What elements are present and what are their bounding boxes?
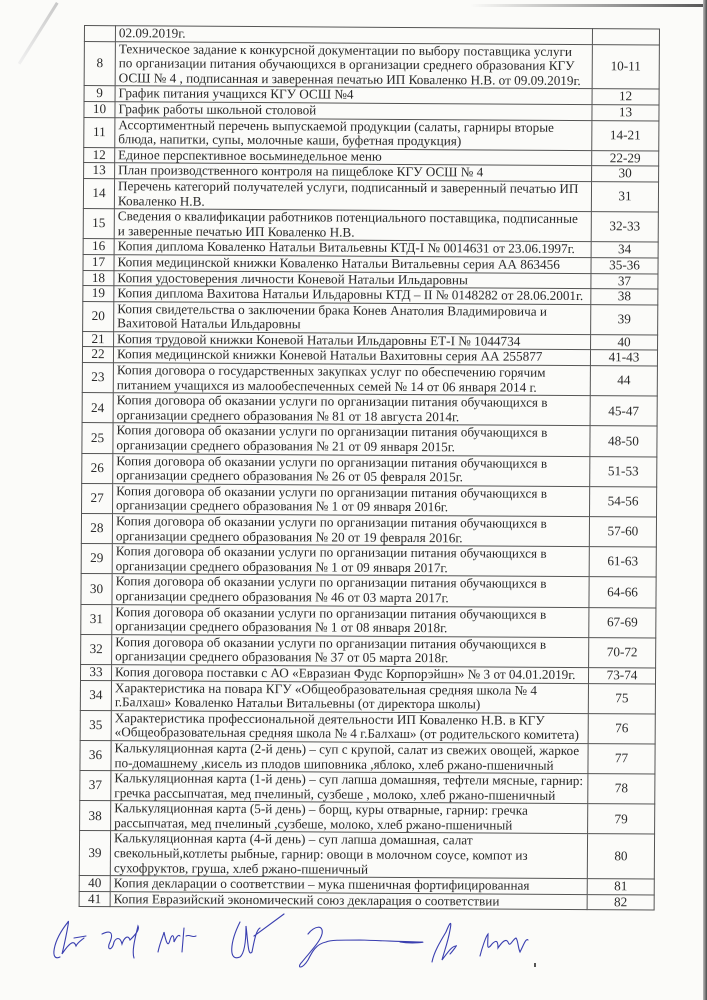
row-number: 27	[82, 483, 113, 513]
table-row: 15Сведения о квалификации работников пот…	[83, 209, 658, 243]
row-pages: 73-74	[588, 668, 655, 684]
row-number: 24	[82, 393, 113, 423]
row-pages: 22-29	[592, 150, 659, 166]
row-title: Сведения о квалификации работников потен…	[114, 209, 591, 242]
row-pages: 70-72	[589, 637, 656, 668]
row-title: Копия договора об оказании услуги по орг…	[113, 483, 590, 516]
row-pages: 76	[588, 713, 655, 744]
table-row: 11Ассортиментный перечень выпускаемой пр…	[84, 117, 659, 151]
row-title: Копия свидетельства о заключении брака К…	[114, 301, 591, 334]
row-title: Ассортиментный перечень выпускаемой прод…	[115, 117, 592, 150]
row-number: 30	[81, 574, 112, 604]
row-pages: 80	[587, 834, 654, 879]
signature-3	[158, 928, 196, 952]
table-row: 30Копия договора об оказании услуги по о…	[81, 574, 656, 608]
row-title: Перечень категорий получателей услуги, п…	[114, 179, 591, 212]
row-title: Техническое задание к конкурсной докумен…	[115, 41, 592, 89]
row-number: 11	[84, 117, 115, 147]
row-pages: 37	[591, 273, 658, 289]
signature-6	[432, 923, 456, 962]
row-number: 40	[79, 876, 110, 892]
row-pages: 79	[588, 804, 655, 835]
row-title: Копия договора об оказании услуги по орг…	[112, 604, 589, 637]
row-title: Копия договора об оказании услуги по орг…	[112, 574, 589, 607]
row-title: Калькуляционная карта (4-й день) – суп л…	[110, 831, 587, 879]
row-number: 28	[81, 513, 112, 543]
scan-shadow	[470, 4, 707, 7]
row-pages: 12	[592, 89, 659, 105]
signature-2	[102, 926, 138, 958]
table-row: 39Калькуляционная карта (4-й день) – суп…	[79, 831, 654, 879]
row-number: 15	[83, 209, 114, 239]
row-number: 12	[84, 147, 115, 163]
row-number: 31	[81, 604, 112, 634]
row-title: Характеристика на повара КГУ «Общеобразо…	[111, 680, 588, 713]
row-number: 39	[79, 831, 110, 876]
row-number: 41	[79, 891, 110, 907]
table-row: 25Копия договора об оказании услуги по о…	[82, 423, 657, 457]
contents-table-body: 02.09.2019г.8Техническое задание к конку…	[79, 26, 659, 911]
row-title: Характеристика профессиональной деятельн…	[111, 710, 588, 743]
row-number: 35	[80, 710, 111, 740]
contents-table: 02.09.2019г.8Техническое задание к конку…	[79, 25, 660, 911]
table-row: 38Калькуляционная карта (5-й день) – бор…	[80, 801, 655, 835]
row-number: 36	[80, 740, 111, 770]
row-title: Копия договора об оказании услуги по орг…	[113, 423, 590, 456]
row-pages: 51-53	[590, 456, 657, 487]
table-row: 8Техническое задание к конкурсной докуме…	[84, 41, 659, 89]
signature-7	[480, 934, 528, 956]
row-pages: 41-43	[590, 350, 657, 366]
row-pages: 39	[591, 304, 658, 335]
table-row: 36Калькуляционная карта (2-й день) – суп…	[80, 740, 655, 774]
row-pages: 13	[592, 105, 659, 121]
row-title: Копия договора об оказании услуги по орг…	[112, 634, 589, 667]
row-pages: 45-47	[590, 396, 657, 427]
table-row: 20Копия свидетельства о заключении брака…	[83, 301, 658, 335]
row-number: 20	[83, 301, 114, 331]
row-pages: 40	[591, 334, 658, 350]
table-row: 34Характеристика на повара КГУ «Общеобра…	[80, 680, 655, 714]
row-pages: 32-33	[591, 212, 658, 243]
signatures-block	[40, 912, 540, 972]
row-number: 38	[80, 801, 111, 831]
row-title: Копия договора об оказании услуги по орг…	[112, 514, 589, 547]
table-row: 41Копия Евразийский экономический союз д…	[79, 891, 654, 910]
row-number: 37	[80, 771, 111, 801]
scan-speck	[534, 963, 536, 967]
row-title: Калькуляционная карта (5-й день) – борщ,…	[111, 801, 588, 834]
row-title: Калькуляционная карта (1-й день) – суп л…	[111, 771, 588, 804]
row-pages: 48-50	[590, 426, 657, 457]
table-row: 32Копия договора об оказании услуги по о…	[81, 634, 656, 668]
row-pages: 14-21	[592, 120, 659, 151]
table-row: 24Копия договора об оказании услуги по о…	[82, 393, 657, 427]
row-pages: 38	[591, 289, 658, 305]
table-row: 23Копия договора о государственных закуп…	[82, 363, 657, 397]
row-pages: 57-60	[589, 517, 656, 548]
row-number: 21	[83, 331, 114, 347]
row-pages: 78	[588, 774, 655, 805]
row-pages: 54-56	[590, 486, 657, 517]
row-pages: 77	[588, 743, 655, 774]
row-number: 29	[81, 544, 112, 574]
table-row: 35Характеристика профессиональной деятел…	[80, 710, 655, 744]
row-number: 9	[84, 86, 115, 102]
row-number	[84, 26, 115, 42]
row-pages: 82	[587, 894, 654, 910]
row-number: 33	[80, 664, 111, 680]
row-pages: 35-36	[591, 258, 658, 274]
row-pages: 81	[587, 879, 654, 895]
row-title: Копия договора об оказании услуги по орг…	[113, 453, 590, 486]
row-title: Копия Евразийский экономический союз дек…	[110, 892, 587, 911]
page-fold-mark	[18, 2, 59, 65]
table-row: 28Копия договора об оказании услуги по о…	[81, 513, 656, 547]
table-row: 29Копия договора об оказании услуги по о…	[81, 544, 656, 578]
row-number: 26	[82, 453, 113, 483]
table-row: 14Перечень категорий получателей услуги,…	[83, 178, 658, 212]
row-pages: 31	[591, 182, 658, 213]
table-row: 31Копия договора об оказании услуги по о…	[81, 604, 656, 638]
row-title: Копия договора о государственных закупка…	[113, 363, 590, 396]
handwritten-signatures	[40, 912, 540, 972]
scan-page-edge	[703, 0, 707, 1000]
table-row: 26Копия договора об оказании услуги по о…	[82, 453, 657, 487]
row-number: 17	[83, 254, 114, 270]
row-pages: 64-66	[589, 577, 656, 608]
row-number: 32	[81, 634, 112, 664]
row-number: 14	[83, 178, 114, 208]
row-number: 19	[83, 286, 114, 302]
table-row: 27Копия договора об оказании услуги по о…	[82, 483, 657, 517]
row-number: 10	[84, 101, 115, 117]
signature-5	[300, 927, 423, 967]
signature-1	[54, 921, 86, 957]
row-pages: 30	[592, 166, 659, 182]
signature-4	[232, 914, 284, 958]
table-row: 37Калькуляционная карта (1-й день) – суп…	[80, 771, 655, 805]
row-pages	[592, 29, 659, 45]
row-number: 16	[83, 239, 114, 255]
row-title: Копия договора об оказании услуги по орг…	[112, 544, 589, 577]
row-number: 13	[84, 163, 115, 179]
row-title: Калькуляционная карта (2-й день) – суп с…	[111, 741, 588, 774]
row-pages: 44	[590, 366, 657, 397]
row-pages: 61-63	[589, 547, 656, 578]
row-number: 23	[82, 363, 113, 393]
row-number: 22	[82, 347, 113, 363]
row-pages: 67-69	[589, 607, 656, 638]
row-pages: 10-11	[592, 44, 659, 89]
row-pages: 34	[591, 242, 658, 258]
row-title: Копия договора об оказании услуги по орг…	[113, 393, 590, 426]
row-pages: 75	[588, 683, 655, 714]
row-number: 8	[84, 41, 115, 86]
row-number: 18	[83, 270, 114, 286]
row-number: 25	[82, 423, 113, 453]
row-number: 34	[80, 680, 111, 710]
